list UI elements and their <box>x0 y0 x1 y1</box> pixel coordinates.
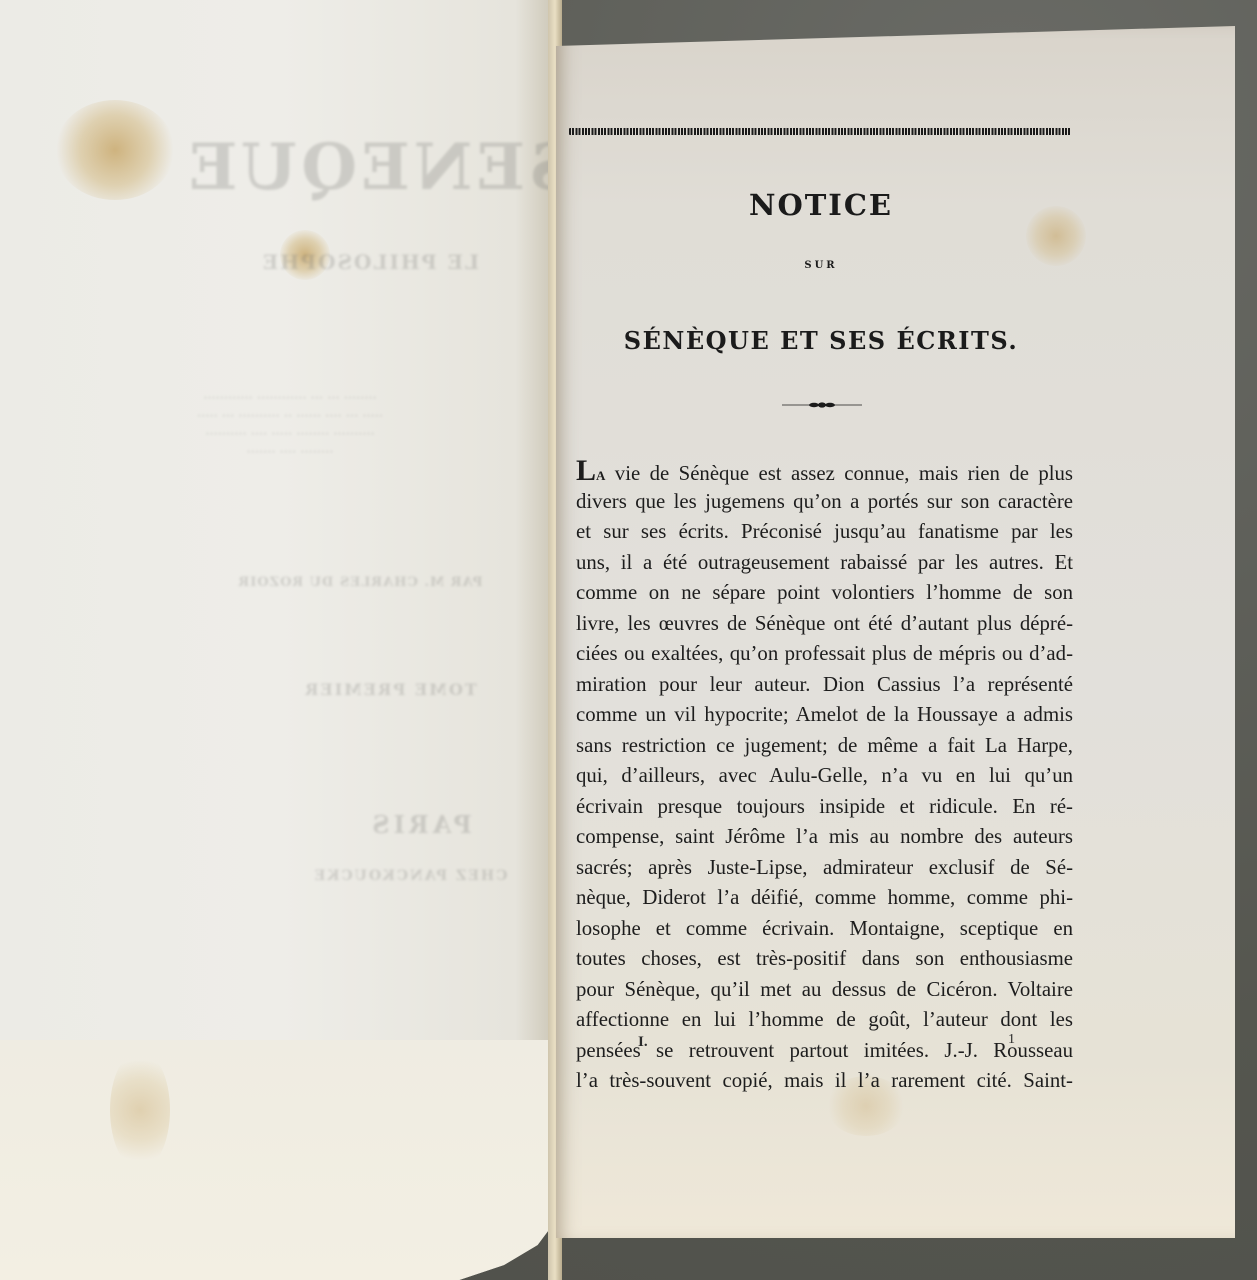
foxing-stain <box>55 100 175 200</box>
text-line: pour Sénèque, qu’il met au dessus de Cic… <box>576 975 1073 1006</box>
bleed-through-subtitle: LE PHILOSOPHE <box>220 250 520 274</box>
book-photo: SENEQUE LE PHILOSOPHE ········ ··· ··· ·… <box>0 0 1257 1280</box>
ornament-divider-icon <box>782 402 862 408</box>
text-line: qui, d’ailleurs, avec Aulu-Gelle, n’a vu… <box>576 761 1073 792</box>
signature-mark: I. <box>638 1034 648 1051</box>
bleed-through-title: SENEQUE <box>170 130 560 205</box>
text-line: comme un vil hypocrite; Amelot de la Hou… <box>576 700 1073 731</box>
text-line: sacrés; après Juste-Lipse, admirateur ex… <box>576 853 1073 884</box>
bleed-through-tome: TOME PREMIER <box>280 680 500 699</box>
text-line: divers que les jugemens qu’on a portés s… <box>576 487 1073 518</box>
text-line: livre, les œuvres de Sénèque ont été d’a… <box>576 609 1073 640</box>
bleed-through-publisher: CHEZ PANCKOUCKE <box>280 868 540 884</box>
text-line: comme on ne sépare point volontiers l’ho… <box>576 578 1073 609</box>
body-paragraph: LA vie de Sénèque est assez connue, mais… <box>576 456 1073 1097</box>
bleed-through-city: PARIS <box>320 810 520 839</box>
text-line: compense, saint Jérôme l’a mis au nombre… <box>576 822 1073 853</box>
foxing-stain <box>110 1050 170 1170</box>
text-line: toutes choses, est très-positif dans son… <box>576 944 1073 975</box>
text-line: losophe et comme écrivain. Montaigne, sc… <box>576 914 1073 945</box>
text-line: écrivain presque toujours insipide et ri… <box>576 792 1073 823</box>
heading-sur: SUR <box>556 260 1086 271</box>
heading-main-title: SÉNÈQUE ET SES ÉCRITS. <box>556 326 1086 355</box>
text-line: nèque, Diderot l’a déifié, comme homme, … <box>576 883 1073 914</box>
text-line: uns, il a été outrageusement rabaissé pa… <box>576 548 1073 579</box>
text-line: et sur ses écrits. Préconisé jusqu’au fa… <box>576 517 1073 548</box>
right-page: NOTICE SUR SÉNÈQUE ET SES ÉCRITS. LA vie… <box>556 26 1235 1238</box>
text-line: sans restriction ce jugement; de même a … <box>576 731 1073 762</box>
left-page-lower-curl <box>0 1040 560 1280</box>
header-ornamental-rule <box>569 128 1071 135</box>
text-line: ciées ou exaltées, qu’on professait plus… <box>576 639 1073 670</box>
bleed-through-block: ········ ··· ··· ············ ··········… <box>80 390 500 462</box>
text-line: l’a très-souvent copié, mais il l’a rare… <box>576 1066 1073 1097</box>
heading-notice: NOTICE <box>556 188 1086 222</box>
text-line: LA vie de Sénèque est assez connue, mais… <box>576 456 1073 487</box>
page-number: 1 <box>1008 1032 1015 1048</box>
text-line: pensées se retrouvent partout imitées. J… <box>576 1036 1073 1067</box>
bleed-through-author: PAR M. CHARLES DU ROZOIR <box>190 575 530 590</box>
left-page: SENEQUE LE PHILOSOPHE ········ ··· ··· ·… <box>0 0 560 1280</box>
drop-cap: L <box>576 454 596 487</box>
text-line: affectionne en lui l’homme de goût, l’au… <box>576 1005 1073 1036</box>
text-line: miration pour leur auteur. Dion Cassius … <box>576 670 1073 701</box>
